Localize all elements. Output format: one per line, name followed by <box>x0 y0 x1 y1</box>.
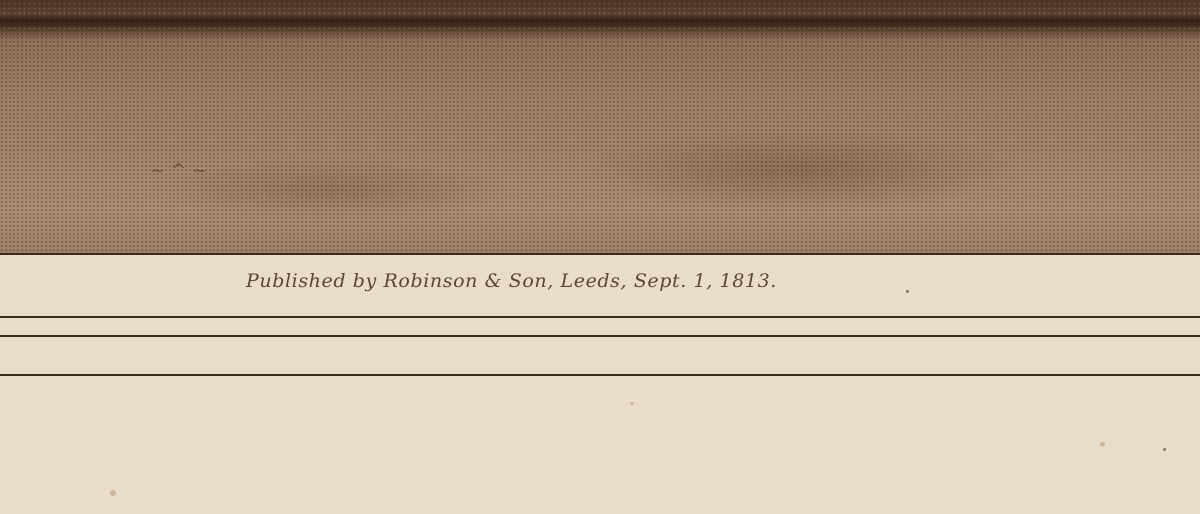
border-rule-2 <box>0 335 1200 337</box>
publisher-imprint: Published by Robinson & Son, Leeds, Sept… <box>246 270 926 298</box>
foxing-spot <box>1163 448 1166 451</box>
border-rule-1 <box>0 316 1200 318</box>
aquatint-grain-texture <box>0 0 1200 254</box>
foxing-spot <box>110 490 116 496</box>
foxing-spot <box>906 290 909 293</box>
dark-horizon-band <box>0 14 1200 28</box>
engraved-scribble-mark: ~^~ <box>150 160 370 200</box>
border-rule-3 <box>0 374 1200 376</box>
foxing-spot <box>1100 442 1105 447</box>
foxing-spot <box>630 402 634 405</box>
aquatint-plate-image: ~^~ <box>0 0 1200 254</box>
plate-mark-edge <box>0 253 1200 255</box>
